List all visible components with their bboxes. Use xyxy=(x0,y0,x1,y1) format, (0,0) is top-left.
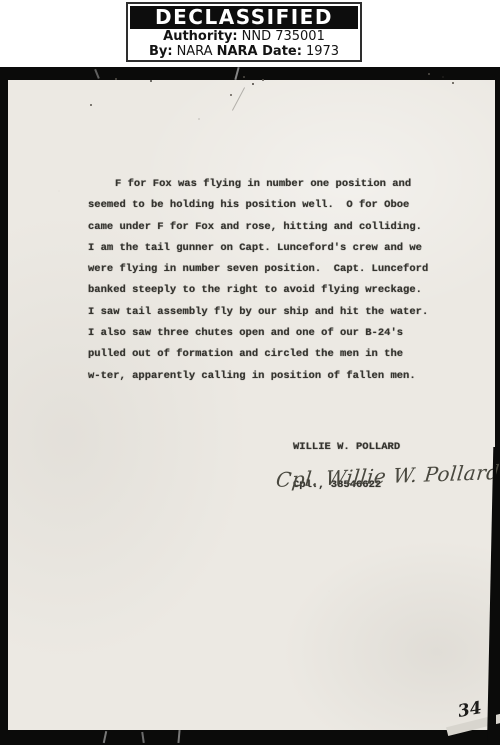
scanned-document: DECLASSIFIED Authority:NND 735001 By:NAR… xyxy=(0,0,500,745)
authority-label: Authority: xyxy=(163,29,237,44)
typed-line: I am the tail gunner on Capt. Lunceford'… xyxy=(88,238,448,259)
scan-scratch xyxy=(177,730,180,743)
authority-value: NND 735001 xyxy=(242,29,325,44)
typed-line: I also saw three chutes open and one of … xyxy=(88,323,448,344)
typed-line: pulled out of formation and circled the … xyxy=(88,344,448,365)
scan-scratch xyxy=(232,87,245,110)
stamp-strip: DECLASSIFIED Authority:NND 735001 By:NAR… xyxy=(0,0,500,67)
stamp-authority-row: Authority:NND 735001 xyxy=(130,29,358,44)
typed-line: were flying in number seven position. Ca… xyxy=(88,259,448,280)
typed-line: I saw tail assembly fly by our ship and … xyxy=(88,302,448,323)
signature-name: WILLIE W. POLLARD xyxy=(293,441,400,454)
declassified-title: DECLASSIFIED xyxy=(130,6,358,29)
scan-scratch xyxy=(141,732,144,743)
document-page: F for Fox was flying in number one posit… xyxy=(8,80,495,730)
nara-date-value: 1973 xyxy=(306,44,339,59)
stamp-by-row: By:NARANARA Date:1973 xyxy=(130,44,358,59)
typed-line: seemed to be holding his position well. … xyxy=(88,195,448,216)
typed-line: w-ter, apparently calling in position of… xyxy=(88,366,448,387)
scan-scratch xyxy=(234,67,239,80)
typed-line: came under F for Fox and rose, hitting a… xyxy=(88,217,448,238)
scan-scratch xyxy=(94,69,99,79)
by-label: By: xyxy=(149,44,173,59)
typed-line: banked steeply to the right to avoid fly… xyxy=(88,280,448,301)
by-value: NARA xyxy=(177,44,213,59)
nara-date-label: NARA Date: xyxy=(217,44,302,59)
letter-body: F for Fox was flying in number one posit… xyxy=(88,174,448,387)
scan-frame: F for Fox was flying in number one posit… xyxy=(0,67,500,745)
declassified-stamp: DECLASSIFIED Authority:NND 735001 By:NAR… xyxy=(126,2,362,62)
scan-scratch xyxy=(103,731,107,743)
typed-line: F for Fox was flying in number one posit… xyxy=(88,174,448,195)
